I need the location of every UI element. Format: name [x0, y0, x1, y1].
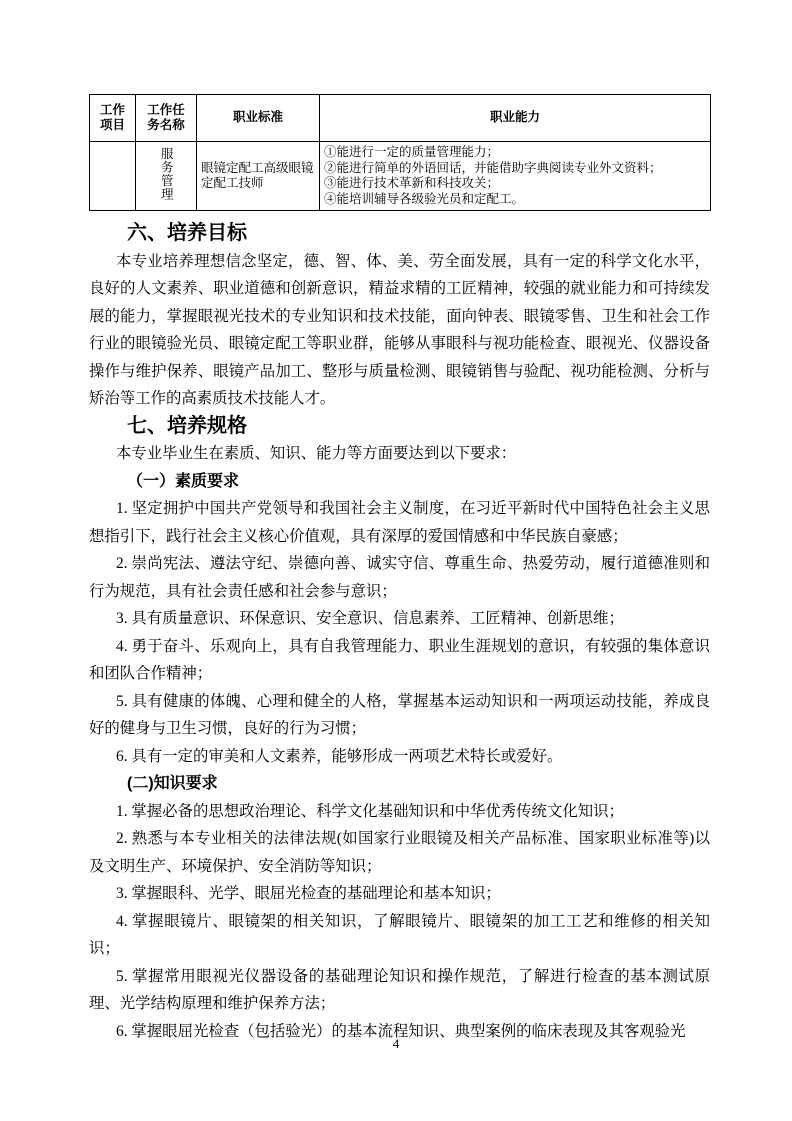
quality-item-2: 2. 崇尚宪法、遵法守纪、崇德向善、诚实守信、尊重生命、热爱劳动，履行道德准则和… [89, 550, 710, 605]
section-6-paragraph: 本专业培养理想信念坚定，德、智、体、美、劳全面发展，具有一定的科学文化水平，良好… [89, 248, 710, 413]
header-task-name: 工作任 务名称 [136, 95, 197, 142]
quality-item-6: 6. 具有一定的审美和人文素养，能够形成一两项艺术特长或爱好。 [89, 743, 710, 771]
knowledge-requirements-heading: (二)知识要求 [89, 770, 710, 798]
knowledge-item-4: 4. 掌握眼镜片、眼镜架的相关知识，了解眼镜片、眼镜架的加工工艺和维修的相关知识… [89, 908, 710, 963]
table-header-row: 工作 项目 工作任 务名称 职业标准 职业能力 [90, 95, 711, 142]
quality-item-1: 1. 坚定拥护中国共产党领导和我国社会主义制度，在习近平新时代中国特色社会主义思… [89, 495, 710, 550]
page-content: 工作 项目 工作任 务名称 职业标准 职业能力 服务管理 眼镜定配工高级眼镜 定… [89, 94, 710, 1045]
page-number: 4 [0, 1036, 792, 1052]
cell-work-project [90, 142, 136, 211]
header-work-project: 工作 项目 [90, 95, 136, 142]
section-7-intro: 本专业毕业生在素质、知识、能力等方面要达到以下要求： [89, 440, 710, 468]
cell-occupation-abilities: ①能进行一定的质量管理能力； ②能进行简单的外语回话，并能借助字典阅读专业外文资… [320, 142, 711, 211]
quality-item-5: 5. 具有健康的体魄、心理和健全的人格，掌握基本运动知识和一两项运动技能，养成良… [89, 688, 710, 743]
occupation-standard-table: 工作 项目 工作任 务名称 职业标准 职业能力 服务管理 眼镜定配工高级眼镜 定… [89, 94, 711, 211]
header-occupation-ability: 职业能力 [320, 95, 711, 142]
knowledge-item-5: 5. 掌握常用眼视光仪器设备的基础理论知识和操作规范，了解进行检查的基本测试原理… [89, 963, 710, 1018]
quality-item-3: 3. 具有质量意识、环保意识、安全意识、信息素养、工匠精神、创新思维； [89, 605, 710, 633]
vertical-text: 服务管理 [160, 147, 173, 201]
knowledge-item-3: 3. 掌握眼科、光学、眼屈光检查的基础理论和基本知识； [89, 880, 710, 908]
quality-requirements-heading: （一）素质要求 [89, 468, 710, 496]
quality-item-4: 4. 勇于奋斗、乐观向上，具有自我管理能力、职业生涯规划的意识，有较强的集体意识… [89, 633, 710, 688]
cell-occupation-standard: 眼镜定配工高级眼镜 定配工技师 [197, 142, 320, 211]
section-7-heading: 七、培养规格 [89, 413, 710, 441]
table-row: 服务管理 眼镜定配工高级眼镜 定配工技师 ①能进行一定的质量管理能力； ②能进行… [90, 142, 711, 211]
cell-task-name: 服务管理 [136, 142, 197, 211]
header-occupation-standard: 职业标准 [197, 95, 320, 142]
knowledge-item-1: 1. 掌握必备的思想政治理论、科学文化基础知识和中华优秀传统文化知识； [89, 798, 710, 826]
knowledge-item-2: 2. 熟悉与本专业相关的法律法规(如国家行业眼镜及相关产品标准、国家职业标准等)… [89, 825, 710, 880]
document-page: 工作 项目 工作任 务名称 职业标准 职业能力 服务管理 眼镜定配工高级眼镜 定… [0, 0, 792, 1121]
section-6-heading: 六、培养目标 [89, 220, 710, 248]
